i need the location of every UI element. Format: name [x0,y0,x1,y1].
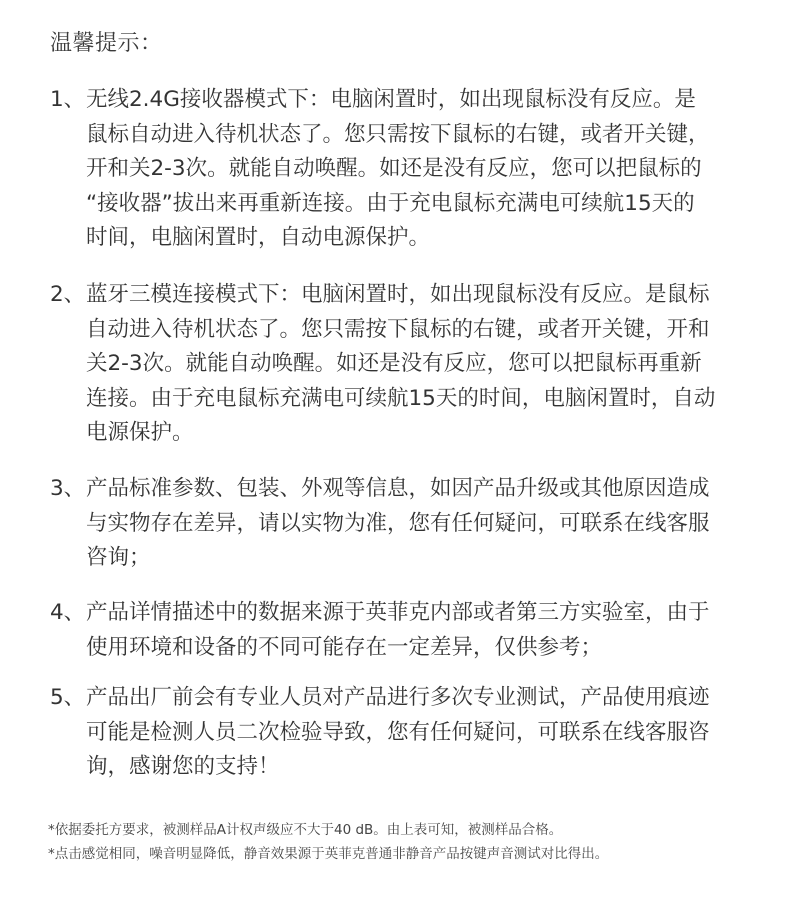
tip-line: 关2-3次。就能自动唤醒。如还是没有反应，您可以把鼠标再重新 [50,347,750,382]
footnotes: *依据委托方要求，被测样品A计权声级应不大于40 dB。由上表可知，被测样品合格… [48,818,768,866]
tip-number: 2、 [50,278,86,313]
tip-line: 连接。由于充电鼠标充满电可续航15天的时间，电脑闲置时，自动 [50,382,750,417]
tip-number: 1、 [50,83,86,118]
tip-line: 产品出厂前会有专业人员对产品进行多次专业测试，产品使用痕迹 [50,681,750,716]
tips-title: 温馨提示： [50,27,163,61]
tip-line: 使用环境和设备的不同可能存在一定差异，仅供参考； [50,631,750,666]
footnote-noise-standard: *依据委托方要求，被测样品A计权声级应不大于40 dB。由上表可知，被测样品合格… [48,818,768,842]
tip-item-1: 1、 无线2.4G接收器模式下：电脑闲置时，如出现鼠标没有反应。是 鼠标自动进入… [50,83,750,256]
tip-line: 与实物存在差异，请以实物为准，您有任何疑问，可联系在线客服 [50,507,750,542]
tip-line: 时间，电脑闲置时，自动电源保护。 [50,221,750,256]
tip-number: 4、 [50,596,86,631]
tip-item-3: 3、 产品标准参数、包装、外观等信息，如因产品升级或其他原因造成 与实物存在差异… [50,472,750,576]
tip-line: 自动进入待机状态了。您只需按下鼠标的右键，或者开关键，开和 [50,313,750,348]
tip-item-4: 4、 产品详情描述中的数据来源于英菲克内部或者第三方实验室，由于 使用环境和设备… [50,596,750,665]
tip-line: 鼠标自动进入待机状态了。您只需按下鼠标的右键，或者开关键， [50,118,750,153]
tip-line: 蓝牙三模连接模式下：电脑闲置时，如出现鼠标没有反应。是鼠标 [50,278,750,313]
tip-item-2: 2、 蓝牙三模连接模式下：电脑闲置时，如出现鼠标没有反应。是鼠标 自动进入待机状… [50,278,750,451]
tip-line: “接收器”拔出来再重新连接。由于充电鼠标充满电可续航15天的 [50,187,750,222]
tip-line: 产品标准参数、包装、外观等信息，如因产品升级或其他原因造成 [50,472,750,507]
footnote-click-comparison: *点击感觉相同，噪音明显降低，静音效果源于英菲克普通非静音产品按键声音测试对比得… [48,842,768,866]
tip-number: 3、 [50,472,86,507]
tip-line: 询，感谢您的支持！ [50,750,750,785]
tip-line: 可能是检测人员二次检验导致，您有任何疑问，可联系在线客服咨 [50,716,750,751]
tip-line: 无线2.4G接收器模式下：电脑闲置时，如出现鼠标没有反应。是 [50,83,750,118]
tip-line: 咨询； [50,541,750,576]
tip-line: 开和关2-3次。就能自动唤醒。如还是没有反应，您可以把鼠标的 [50,152,750,187]
tip-line: 电源保护。 [50,416,750,451]
tip-item-5: 5、 产品出厂前会有专业人员对产品进行多次专业测试，产品使用痕迹 可能是检测人员… [50,681,750,785]
tip-number: 5、 [50,681,86,716]
tip-line: 产品详情描述中的数据来源于英菲克内部或者第三方实验室，由于 [50,596,750,631]
